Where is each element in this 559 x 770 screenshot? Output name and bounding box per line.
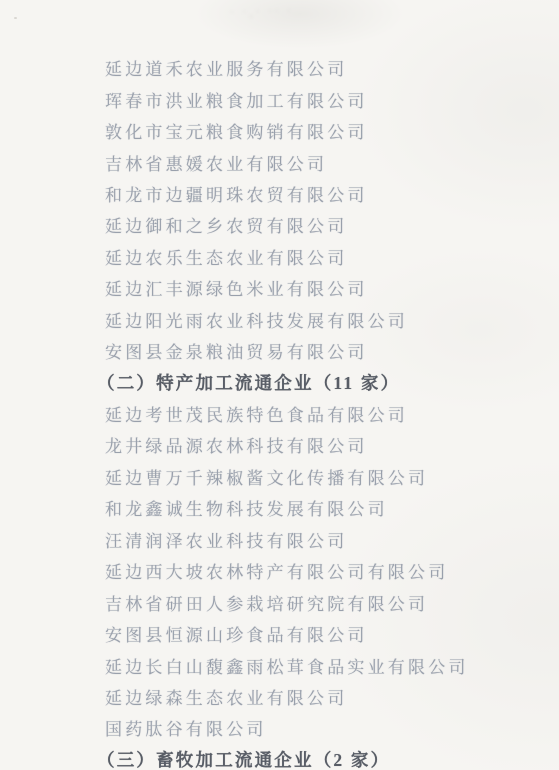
- section-heading: （二）特产加工流通企业（11 家）: [0, 366, 559, 397]
- bleed-through-mark: · ·¸· ·· ·: [230, 3, 348, 24]
- company-list: 延边道禾农业服务有限公司珲春市洪业粮食加工有限公司敦化市宝元粮食购销有限公司吉林…: [0, 52, 559, 770]
- company-name-line: 珲春市洪业粮食加工有限公司: [0, 83, 559, 114]
- company-name-line: 吉林省研田人参栽培研究院有限公司: [0, 586, 559, 617]
- company-name-line: 延边汇丰源绿色米业有限公司: [0, 272, 559, 303]
- company-name-line: 延边御和之乡农贸有限公司: [0, 209, 559, 240]
- company-name-line: 延边道禾农业服务有限公司: [0, 52, 559, 83]
- company-name-line: 敦化市宝元粮食购销有限公司: [0, 115, 559, 146]
- company-name-line: 国药肽谷有限公司: [0, 712, 559, 743]
- company-name-line: 安图县恒源山珍食品有限公司: [0, 618, 559, 649]
- company-name-line: 延边绿森生态农业有限公司: [0, 681, 559, 712]
- company-name-line: 延边长白山馥鑫雨松茸食品实业有限公司: [0, 649, 559, 680]
- company-name-line: 吉林省惠媛农业有限公司: [0, 146, 559, 177]
- company-name-line: 延边曹万千辣椒酱文化传播有限公司: [0, 461, 559, 492]
- paper-speck: [14, 17, 17, 19]
- company-name-line: 和龙市边疆明珠农贸有限公司: [0, 178, 559, 209]
- company-name-line: 龙井绿品源农林科技有限公司: [0, 429, 559, 460]
- section-heading: （三）畜牧加工流通企业（2 家）: [0, 744, 559, 770]
- scanned-document-page: · ·¸· ·· · 延边道禾农业服务有限公司珲春市洪业粮食加工有限公司敦化市宝…: [0, 0, 559, 770]
- company-name-line: 延边阳光雨农业科技发展有限公司: [0, 304, 559, 335]
- company-name-line: 和龙鑫诚生物科技发展有限公司: [0, 492, 559, 523]
- company-name-line: 延边考世茂民族特色食品有限公司: [0, 398, 559, 429]
- company-name-line: 延边西大坡农林特产有限公司有限公司: [0, 555, 559, 586]
- company-name-line: 安图县金泉粮油贸易有限公司: [0, 335, 559, 366]
- company-name-line: 延边农乐生态农业有限公司: [0, 241, 559, 272]
- company-name-line: 汪清润泽农业科技有限公司: [0, 524, 559, 555]
